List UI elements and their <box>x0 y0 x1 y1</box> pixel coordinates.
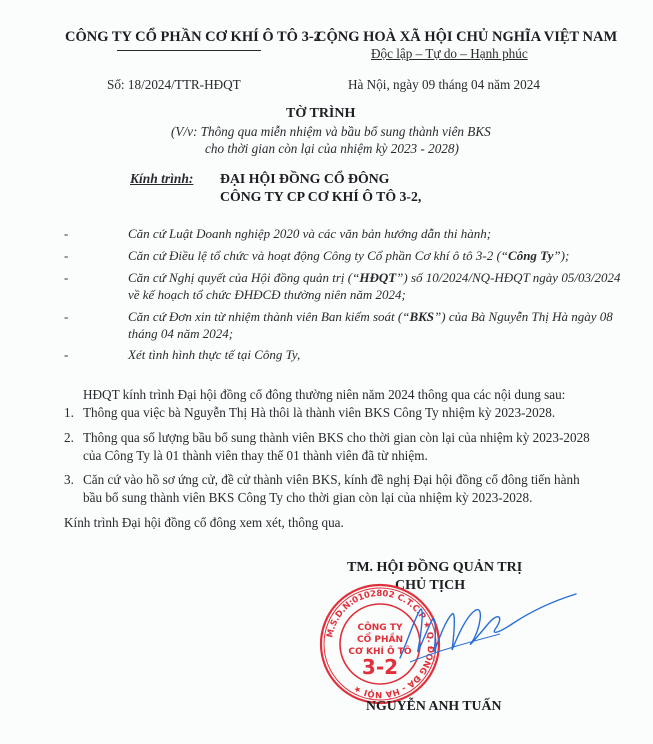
basis-item: -Căn cứ Điều lệ tổ chức và hoạt động Côn… <box>64 248 569 264</box>
intro-paragraph: HĐQT kính trình Đại hội đồng cổ đông thư… <box>83 387 565 403</box>
item-number: 3. <box>64 472 83 488</box>
defined-term: HĐQT <box>359 270 396 285</box>
document-number: Số: 18/2024/TTR-HĐQT <box>107 77 241 93</box>
subject-line-2: cho thời gian còn lại của nhiệm kỳ 2023 … <box>205 141 459 157</box>
company-underline <box>117 50 261 51</box>
item-number: 1. <box>64 405 83 421</box>
basis-item: -Căn cứ Luật Doanh nghiệp 2020 và các vă… <box>64 226 491 242</box>
place-date: Hà Nội, ngày 09 tháng 04 năm 2024 <box>348 77 540 93</box>
recipient-line-2: CÔNG TY CP CƠ KHÍ Ô TÔ 3-2, <box>220 189 421 205</box>
item-continuation: bầu bổ sung thành viên BKS Công Ty cho t… <box>83 490 532 506</box>
basis-continuation: tháng 04 năm 2024; <box>128 326 233 342</box>
resolution-item: 3.Căn cứ vào hồ sơ ứng cử, đề cử thành v… <box>64 472 580 488</box>
motto: Độc lập – Tự do – Hạnh phúc <box>371 46 528 62</box>
item-text: Thông qua việc bà Nguyễn Thị Hà thôi là … <box>83 405 555 420</box>
subject-line-1: (V/v: Thông qua miễn nhiệm và bầu bổ sun… <box>171 124 491 140</box>
bullet-dash: - <box>64 309 128 325</box>
handwritten-signature-icon <box>380 580 580 690</box>
resolution-item: 2.Thông qua số lượng bầu bổ sung thành v… <box>64 430 590 446</box>
basis-text: Xét tình hình thực tế tại Công Ty, <box>128 347 300 362</box>
item-text: Thông qua số lượng bầu bổ sung thành viê… <box>83 430 590 445</box>
basis-text: ”); <box>553 248 569 263</box>
basis-text: Căn cứ Đơn xin từ nhiệm thành viên Ban k… <box>128 309 409 324</box>
country-name: CỘNG HOÀ XÃ HỘI CHỦ NGHĨA VIỆT NAM <box>316 29 617 46</box>
recipient-line-1: ĐẠI HỘI ĐỒNG CỔ ĐÔNG <box>220 171 389 187</box>
basis-text: Căn cứ Luật Doanh nghiệp 2020 và các văn… <box>128 226 491 241</box>
item-continuation: của Công Ty là 01 thành viên thay thế 01… <box>83 448 428 464</box>
basis-item: -Căn cứ Nghị quyết của Hội đồng quản trị… <box>64 270 621 286</box>
bullet-dash: - <box>64 270 128 286</box>
defined-term: BKS <box>409 309 434 324</box>
closing-line: Kính trình Đại hội đồng cổ đông xem xét,… <box>64 515 344 531</box>
signer-name: NGUYỄN ANH TUẤN <box>366 698 501 714</box>
bullet-dash: - <box>64 347 128 363</box>
defined-term: Công Ty <box>508 248 553 263</box>
company-name: CÔNG TY CỔ PHẦN CƠ KHÍ Ô TÔ 3-2 <box>65 29 321 46</box>
basis-item: -Xét tình hình thực tế tại Công Ty, <box>64 347 300 363</box>
resolution-item: 1.Thông qua việc bà Nguyễn Thị Hà thôi l… <box>64 405 555 421</box>
item-text: Căn cứ vào hồ sơ ứng cử, đề cử thành viê… <box>83 472 580 487</box>
on-behalf-label: TM. HỘI ĐỒNG QUẢN TRỊ <box>347 560 522 576</box>
bullet-dash: - <box>64 248 128 264</box>
basis-continuation: về kế hoạch tổ chức ĐHĐCĐ thường niên nă… <box>128 287 406 303</box>
document-title: TỜ TRÌNH <box>286 106 355 122</box>
bullet-dash: - <box>64 226 128 242</box>
basis-text: ”) của Bà Nguyễn Thị Hà ngày 08 <box>434 309 613 324</box>
item-number: 2. <box>64 430 83 446</box>
basis-text: ”) số 10/2024/NQ-HĐQT ngày 05/03/2024 <box>396 270 620 285</box>
basis-item: -Căn cứ Đơn xin từ nhiệm thành viên Ban … <box>64 309 613 325</box>
basis-text: Căn cứ Điều lệ tổ chức và hoạt động Công… <box>128 248 508 263</box>
recipient-label: Kính trình: <box>130 171 193 187</box>
basis-text: Căn cứ Nghị quyết của Hội đồng quản trị … <box>128 270 359 285</box>
